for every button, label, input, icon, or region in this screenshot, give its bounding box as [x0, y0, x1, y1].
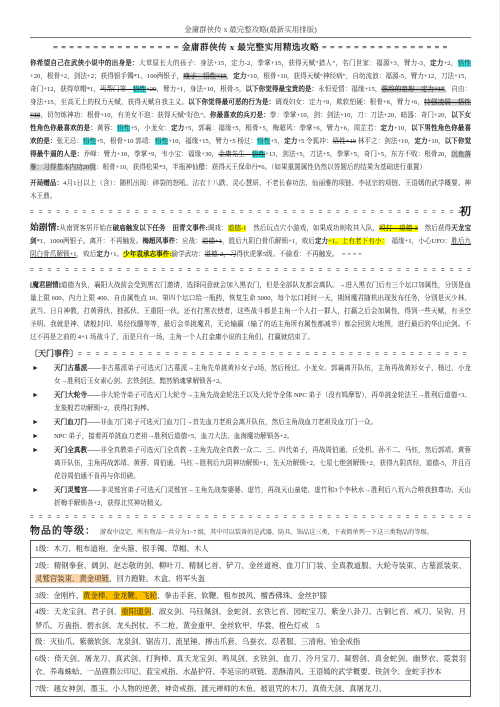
text-segment: 定力	[171, 125, 184, 132]
text-segment: 黄蓉：	[97, 125, 117, 132]
text-segment: 1级：木刀、粗布道袍、金头箍、银手镯、草帽、木人	[35, 544, 209, 553]
bullet-arrow-icon: ►	[30, 416, 54, 429]
text-segment: +20	[146, 86, 156, 93]
text-segment: +1。	[110, 251, 124, 258]
text-segment: 级：灭仙爪、紫薇软剑、龙泉剑、锯齿刀、流星锤、搏击爪套、乌蚕衣、忍者服、三清袍、…	[35, 637, 360, 646]
text-segment: 林平之：剑法+10，	[356, 138, 414, 145]
text-segment: 非大轮寺弟子可选灭门大轮寺→主角先战金轮法王以及大轮寺全体 NPC 弟子（没有鸠…	[54, 392, 471, 412]
text-segment: 殴打—道德-3	[379, 225, 418, 232]
text-segment: 悟性+10	[333, 138, 357, 145]
text-segment: 天门灵鹫宫——	[54, 487, 101, 494]
table-row-level-5: 级：灭仙爪、紫薇软剑、龙泉剑、锯齿刀、流星锤、搏击爪套、乌蚕衣、忍者服、三清袍、…	[31, 634, 470, 651]
text-segment: +5，根骨+10 郭靖：	[96, 138, 155, 145]
text-segment: 定力	[96, 251, 109, 258]
text-segment: 然后玩点穴小游戏，如果成功则收其入队，	[246, 225, 379, 232]
text-segment: 瘦子—悟性+15	[183, 73, 226, 80]
text-segment: 破庙触发以下任务 田青文事件:	[113, 225, 208, 232]
text-segment: 天门古墓派——	[54, 365, 101, 372]
text-segment: 永恒爱情：福缘+15，	[318, 86, 381, 93]
text-segment: 得伏虎掌5级。不偷看：不再触发。 = = = =	[236, 251, 361, 258]
separator-1: = = = = = = = = = = = = = = = = = = = = …	[30, 264, 471, 276]
headline-eq-left: = = = = = = = = = = = = = = = =	[53, 42, 182, 52]
bullet-item-xuedaomen: ► 天门血刀门——非血刀门弟子可选灭门血刀门→首先血刀老祖会离开队伍，然后主角战…	[30, 416, 471, 429]
initial-plot-paragraph: 始剧情:从南贤客居开始在破庙触发以下任务 田青文事件:调戏：道德-1 然后玩点穴…	[30, 221, 471, 261]
bullet-arrow-icon: ►	[30, 389, 54, 415]
text-segment: 天门大轮寺——	[54, 392, 100, 399]
text-segment: 定力	[430, 60, 444, 67]
text-segment: 拳：拳掌+10，剑：剑法+10，刀：刀法+20，暗器：奇门+20，	[270, 112, 451, 119]
text-segment: 偷学武功：	[172, 251, 205, 258]
text-segment: +5，小龙女：	[130, 125, 171, 132]
text-segment: NPC 弟子，接着再单挑血刀老祖→胜利后道德+5，血刀大法、血海魔功解锁各+2。	[54, 433, 294, 440]
text-segment: 定力	[414, 138, 427, 145]
table-row-level-3: 3级：金刚杵、黄金棒、金龙鞭、飞轮、拳击手套、软鞭、粗布披风、檀香佛珠、金丝护膝	[31, 588, 470, 605]
text-segment: +5，郭襄：福缘+5，根骨+5，梅超风：拳掌+6，臂力+6，周芷若：	[184, 125, 380, 132]
text-segment: +13，剑法+5，刀法+5，拳掌+5，奇门+5，东方不败：根骨20，	[265, 151, 451, 158]
text-segment: 梅超风事件：	[142, 238, 182, 245]
text-segment: 4月1日以上（含）：随机出现：碎裂的怒吼、沾衣十八跌、灵心慧质、不老长春功法、仙…	[30, 180, 471, 200]
items-note: 游戏中设定，所有物品一共分为1~7 级，其中可以装备的是武器、防具、饰品这三类，…	[100, 526, 433, 539]
text-segment: 7级：越女神剑、墨玉、小人物的逆袭、神奇戒指、渡元禅师的木鱼、被诅咒的木刀、真倚…	[35, 684, 386, 693]
text-segment: 2级：精钢拳套、阔剑、赵志敬的剑、柳叶刀、精制匕首、铲刀、金丝道袍、血刀门门装、…	[35, 561, 466, 570]
text-segment: 天门血刀门——	[54, 419, 100, 426]
document-page: 金庸群侠传 x 最完整攻略(最新实用排版) = = = = = = = = = …	[0, 0, 500, 707]
items-table: 1级：木刀、粗布道袍、金头箍、银手镯、草帽、木人 2级：精钢拳套、阔剑、赵志敬的…	[30, 540, 471, 697]
bullet-item-dalunsi: ► 天门大轮寺——非大轮寺弟子可选灭门大轮寺→主角先战金轮法王以及大轮寺全体 N…	[30, 389, 471, 415]
text-segment: 悟性	[133, 86, 146, 93]
bullet-arrow-icon: ►	[30, 484, 54, 510]
text-segment: +10，	[428, 138, 445, 145]
text-segment: 丐帮门第—	[100, 86, 133, 93]
text-segment: 调戏：	[208, 225, 228, 232]
text-segment: +10，	[394, 125, 411, 132]
headline: = = = = = = = = = = = = = = = = 金庸群侠传 x …	[30, 41, 471, 53]
text-segment: 6级：倚天剑、屠龙刀、真武剑、打狗棒、真天龙宝剑、鸣凤剑、玄铁剑、血刀、冷月宝刀…	[35, 654, 466, 677]
text-segment: 始剧情:	[30, 222, 59, 232]
items-heading: 物品的等级：	[30, 525, 96, 538]
table-row-level-2: 2级：精钢拳套、阔剑、赵志敬的剑、柳叶刀、精制匕首、铲刀、金丝道袍、血刀门门装、…	[31, 558, 470, 588]
table-row-level-1: 1级：木刀、粗布道袍、金头箍、银手镯、草帽、木人	[31, 541, 470, 558]
text-segment: 非灵鹫宫弟子可选天门灵鹫宫→主角先战秦婆婆、虚竹，再战天山童姥、虚竹和3个李秋水…	[54, 487, 471, 507]
text-segment: 大草原长大的孩子：身法+15，定力-2，拳掌+15，获得天赋“猎人”，名门世家：…	[139, 60, 430, 67]
text-segment: 定力	[284, 138, 297, 145]
demon-plot-paragraph: [魔君剧情]道德为负，襄阳大战前会受到黑衣门邀请，选择同意就会加入黑衣门，但是全…	[30, 279, 471, 344]
text-segment: 灵鹫宫装束、黄金项链	[35, 574, 109, 583]
text-segment: 少年袁承志事件:	[123, 251, 171, 258]
bullet-text: NPC 弟子，接着再单挑血刀老祖→胜利后道德+5，血刀大法、血海魔功解锁各+2。	[54, 430, 471, 443]
text-segment: 调戏妇女：定力+9，欺软怕硬：根骨+6，臂力+6，	[275, 99, 424, 106]
table-row-level-4: 4级：天龙宝剑、君子剑、重阳遗剑、淑女剑、马钰佩剑、金蛇剑、玄铁匕首、园蛇宝刀、…	[31, 604, 470, 634]
text-segment: 从南贤客居开始在	[59, 225, 112, 232]
text-segment: +5，	[270, 138, 284, 145]
bullet-item-gumu: ► 天门古墓派——非古墓派弟子可选灭门古墓派→主角先单挑黄衫女子2场，然后杨过、…	[30, 362, 471, 388]
separator-chu: = = = = = = = = = = = = = = = = = = = = …	[30, 206, 471, 218]
text-segment: 道德为负，襄阳大战前会受到黑衣门邀请，选择同意就会加入黑衣门，但是全部队友都会离…	[30, 282, 471, 341]
text-segment: 非古墓派弟子可选灭门古墓派→主角先单挑黄衫女子2场，然后杨过、小龙女、郭襄离开队…	[54, 365, 471, 385]
text-segment: 非血刀门弟子可选灭门血刀门→首先血刀老祖会离开队伍，然后主角战血刀老祖及血刀门一…	[100, 419, 377, 426]
opening-gifts-paragraph: 开局赠品：4月1日以上（含）：随机出现：碎裂的怒吼、沾衣十八跌、灵心慧质、不老长…	[30, 177, 471, 203]
table-row-level-7: 7级：越女神剑、墨玉、小人物的逆袭、神奇戒指、渡元禅师的木鱼、被诅咒的木刀、真倚…	[31, 681, 470, 697]
text-segment: 3级：金刚杵、	[35, 591, 83, 600]
text-segment: *1、1000两银子。离开：不再触发。	[37, 238, 143, 245]
text-segment: 定力	[315, 238, 328, 245]
bullet-item-quanzhenjiao: ► 天门全真教——非全真教弟子可选灭门全真教→主角先战全真教一众二、三、四代弟子…	[30, 444, 471, 483]
bullet-arrow-icon: ►	[30, 430, 54, 443]
text-segment: 以下你觉得最宝贵的是：	[245, 86, 318, 93]
tianmen-header: 〔天门事件〕 = = = = = = = = = = = = = = = = =…	[30, 347, 471, 360]
tianmen-bullet-list: ► 天门古墓派——非古墓派弟子可选灭门古墓派→主角先单挑黄衫女子2场，然后杨过、…	[30, 362, 471, 510]
items-heading-line: 物品的等级： 游戏中设定，所有物品一共分为1~7 级，其中可以装备的是武器、防具…	[30, 525, 471, 539]
text-segment: 、回力跑鞋、木盒、将军头盔	[109, 574, 205, 583]
bullet-text: 天门古墓派——非古墓派弟子可选灭门古墓派→主角先单挑黄衫女子2场，然后杨过、小龙…	[54, 362, 471, 388]
bullet-text: 天门全真教——非全真教弟子可选灭门全真教→主角先战全真教一众二、三、四代弟子，再…	[54, 444, 471, 483]
separator-eq: = = = = = = = = = = = = = = = = = = = = …	[30, 264, 471, 276]
text-segment: +1。上有老下有小：	[328, 238, 385, 245]
text-segment: 道德+1	[202, 238, 222, 245]
bullet-text: 天门灵鹫宫——非灵鹫宫弟子可选天门灵鹫宫→主角先战秦婆婆、虚竹，再战天山童姥、虚…	[54, 484, 471, 510]
page-title: 金庸群侠传 x 最完整攻略(最新实用排版)	[30, 24, 471, 38]
separator-eq: = = = = = = = = = = = = = = = = = = = = …	[30, 511, 471, 523]
text-segment: 你最喜欢的兵刃是：	[210, 112, 270, 119]
text-segment: 悟性	[252, 151, 265, 158]
bullet-arrow-icon: ►	[30, 444, 54, 483]
text-segment: +5 令狐冲：	[297, 138, 332, 145]
text-segment: 悟性	[83, 138, 96, 145]
text-segment: +2，	[444, 60, 458, 67]
text-segment: +20，根骨+2，剑法+2；获得银手镯*1、100两银子，	[30, 73, 183, 80]
headline-text: 金庸群侠传 x 最完整实用精选攻略	[182, 42, 319, 52]
text-segment: 悟性	[257, 138, 270, 145]
text-segment: 天门全真教——	[54, 447, 100, 454]
tianmen-label: 〔天门事件〕	[30, 347, 78, 360]
text-segment: 强敌的宽恕—定力+15	[381, 86, 444, 93]
text-segment: 道德-2，习	[204, 251, 236, 258]
text-segment: ，胜后九阴白骨爪解锁+1，败后	[222, 238, 315, 245]
text-segment: 张无忌：	[56, 138, 82, 145]
text-segment: 悟性	[155, 138, 168, 145]
text-segment: +10，福缘+15，臂力+5 杨过：	[168, 138, 257, 145]
text-segment: 4级：天龙宝剑、君子剑、	[35, 607, 121, 616]
text-segment: ，败后	[77, 251, 97, 258]
bullet-text: 天门血刀门——非血刀门弟子可选灭门血刀门→首先血刀老祖会离开队伍，然后主角战血刀…	[54, 416, 471, 429]
text-segment: 然后获得	[418, 225, 451, 232]
text-segment: 非全真教弟子可选灭门全真教→主角先战全真教一众二、三、四代弟子，再战周伯通、丘处…	[54, 447, 471, 480]
separator-2: = = = = = = = = = = = = = = = = = = = = …	[30, 511, 471, 523]
bullet-item-lingjiugong: ► 天门灵鹫宫——非灵鹫宫弟子可选天门灵鹫宫→主角先战秦婆婆、虚竹，再战天山童姥…	[30, 484, 471, 510]
origin-paragraph: 你希望自己在武侠小说中的出身是：大草原长大的孩子：身法+15，定力-2，拳掌+1…	[30, 57, 471, 174]
text-segment: ：根骨+10，获得松果*3，半瓶神仙醋：获得天王保命丹*6。（如果重置属性仍然以…	[96, 164, 426, 171]
text-segment: 福缘+1，小心UFO：	[385, 238, 451, 245]
separator-chu-char: 初	[460, 206, 472, 218]
text-segment: ，臂力+1，身法+10，根骨-5，	[156, 86, 245, 93]
bullet-item-npc-dizi: ► NPC 弟子，接着再单挑血刀老祖→胜利后道德+5，血刀大法、血海魔功解锁各+…	[30, 430, 471, 443]
text-segment: 金庸先生—	[218, 151, 251, 158]
text-segment: 重阳遗剑	[121, 607, 151, 616]
text-segment: [魔君剧情]	[30, 282, 61, 289]
text-segment: 你希望自己在武侠小说中的出身是：	[30, 60, 139, 67]
text-segment: 以下你觉得最可恶的行为是：	[188, 99, 275, 106]
text-segment: 道德-1	[228, 225, 247, 232]
bullet-text: 天门大轮寺——非大轮寺弟子可选灭门大轮寺→主角先战金轮法王以及大轮寺全体 NPC…	[54, 389, 471, 415]
text-segment: 定力	[380, 125, 393, 132]
text-segment: 悟性	[117, 125, 130, 132]
bullet-arrow-icon: ►	[30, 362, 54, 388]
text-segment: ，切勿练神功：根骨+10，有美女不泡：获得天赋“好色”。	[40, 112, 210, 119]
text-segment: 悟性	[458, 60, 471, 67]
separator-eq: = = = = = = = = = = = = = = = = = = = = …	[30, 206, 460, 218]
text-segment: 开局赠品：	[30, 180, 63, 187]
text-segment: 应战：	[182, 238, 202, 245]
text-segment: 、拳击手套、软鞭、粗布披风、檀香佛珠、金丝护膝	[157, 591, 327, 600]
separator-eq: = = = = = = = = = = = = = = = = = = = = …	[78, 348, 471, 360]
text-segment: 黄金棒、金龙鞭、飞轮	[83, 591, 157, 600]
text-segment: 定力	[233, 73, 246, 80]
table-row-level-6: 6级：倚天剑、屠龙刀、真武剑、打狗棒、真天龙宝剑、鸣凤剑、玄铁剑、血刀、冷月宝刀…	[31, 651, 470, 681]
headline-eq-right: = = = = = = = = = = = = = = = =	[319, 42, 448, 52]
text-segment: 乔峰：臂力+10，拳掌+9，韦小宝：福缘+30，	[83, 151, 218, 158]
